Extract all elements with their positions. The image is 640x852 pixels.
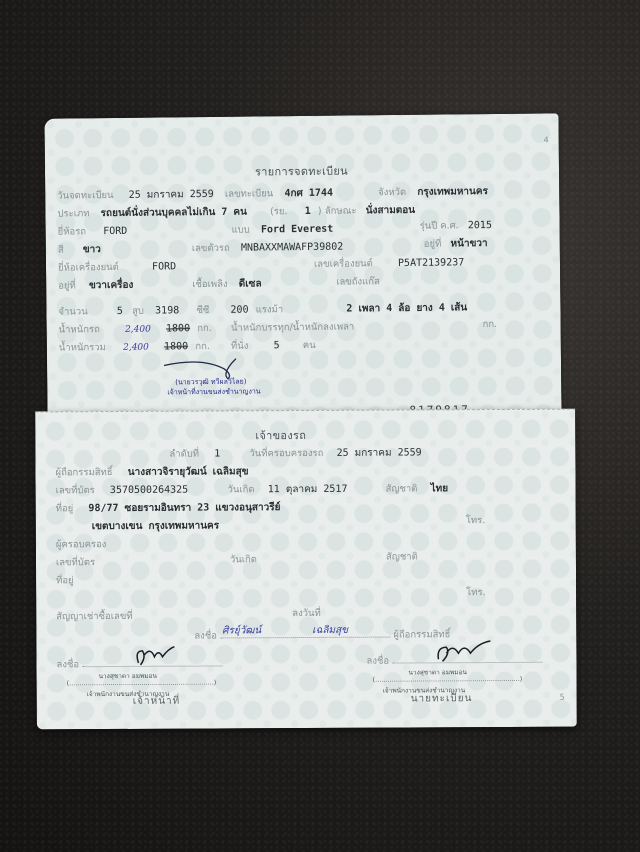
axles-wheels: 2 เพลา 4 ล้อ ยาง 4 เส้น	[346, 302, 467, 314]
left-officer-signature	[132, 645, 182, 669]
engine-cc: 3198	[155, 305, 179, 316]
holder-address-line2: เขตบางเขน กรุงเทพมหานคร	[92, 520, 219, 532]
owner-title: เจ้าของรถ	[255, 426, 306, 444]
vehicle-color: ขาว	[83, 244, 101, 255]
page-number-bottom: 5	[560, 693, 565, 702]
page-number-top: 4	[544, 135, 549, 144]
reg-row-4: สี ขาว	[58, 242, 101, 257]
engine-number: P5AT2139237	[398, 257, 464, 269]
reg-row-7: จำนวน 5 สูบ 3198 ซีซี 200 แรงม้า 2 เพลา …	[58, 300, 467, 319]
reg-row-2: ประเภท รถยนต์นั่งส่วนบุคคลไม่เกิน 7 คน (…	[57, 203, 415, 222]
gross-handwritten: 2,400	[123, 343, 149, 353]
cylinders: 5	[117, 306, 123, 317]
possessor-label: ผู้ครอบครอง	[56, 539, 107, 550]
reg-row-3: ยี่ห้อรถ FORD	[58, 224, 128, 240]
reg-row-6: อยู่ที่ ขวาเครื่อง	[58, 278, 133, 294]
weight-handwritten: 2,400	[125, 325, 151, 335]
type-code: 1	[305, 206, 311, 217]
reg-row-5: ยี่ห้อเครื่องยนต์ FORD	[58, 259, 176, 275]
owner-page: เจ้าของรถ ลำดับที่ 1 วันที่ครอบครองรถ 25…	[35, 409, 577, 730]
possession-date: 25 มกราคม 2559	[337, 447, 422, 458]
reg-row-8: น้ำหนักรถ 2,400 1800 กก. น้ำหนักบรรทุก/น…	[59, 319, 355, 337]
model: Ford Everest	[261, 224, 333, 236]
officer-title: เจ้าหน้าที่งานขนส่งชำนาญงาน	[167, 386, 260, 398]
lease-label: สัญญาเช่าซื้อเลขที่	[56, 611, 132, 622]
vehicle-style: นั่งสามตอน	[366, 205, 415, 217]
holder-name: นางสาวจิรายุวัฒน์ เฉลิมสุข	[128, 466, 249, 478]
model-year: 2015	[468, 220, 492, 231]
weight-old: 1800	[166, 323, 190, 334]
holder-nationality: ไทย	[431, 483, 449, 494]
holder-id: 3570500264325	[110, 485, 188, 496]
holder-birthdate: 11 ตุลาคม 2517	[268, 484, 348, 495]
holder-signature-last: เฉลิมสุข	[312, 623, 348, 638]
province: กรุงเทพมหานคร	[417, 186, 488, 198]
registration-page: 4 รายการจดทะเบียน วันจดทะเบียน 25 มกราคม…	[44, 113, 561, 418]
vin-location: หน้าขวา	[450, 238, 487, 249]
holder-address-line1: 98/77 ซอยรามอินทรา 23 แขวงอนุสาวรีย์	[88, 502, 280, 514]
brand: FORD	[103, 226, 127, 237]
horsepower: 200	[230, 305, 248, 316]
engine-location: ขวาเครื่อง	[89, 280, 134, 291]
reg-row-1: วันจดทะเบียน 25 มกราคม 2559 เลขทะเบียน 4…	[57, 184, 488, 204]
holder-signature-row: ลงชื่อ ศิรยุ์วัฒน์ เฉลิมสุข ผู้ถือกรรมสิ…	[194, 625, 450, 643]
right-role: นายทะเบียน	[411, 691, 473, 706]
registration-title: รายการจดทะเบียน	[255, 162, 348, 181]
holder-signature-first: ศิรยุ์วัฒน์	[222, 623, 261, 638]
right-officer-signature	[434, 639, 494, 665]
owner-order: 1	[214, 448, 220, 459]
lease-date-label: ลงวันที่	[292, 608, 321, 619]
vehicle-type: รถยนต์นั่งส่วนบุคคลไม่เกิน 7 คน	[101, 207, 247, 220]
reg-row-9: น้ำหนักรวม 2,400 1800 กก. ที่นั่ง 5 คน	[59, 338, 316, 356]
holder-phone-label: โทร.	[466, 515, 486, 526]
engine-brand: FORD	[152, 261, 176, 272]
plate-number: 4กศ 1744	[284, 188, 333, 200]
gross-old: 1800	[164, 341, 188, 352]
reg-date: 25 มกราคม 2559	[129, 189, 214, 201]
vin: MNBAXXMAWAFP39802	[241, 242, 343, 254]
left-role: เจ้าหน้าที่	[133, 694, 181, 709]
fuel-type: ดีเซล	[239, 278, 262, 289]
seats: 5	[274, 340, 280, 351]
